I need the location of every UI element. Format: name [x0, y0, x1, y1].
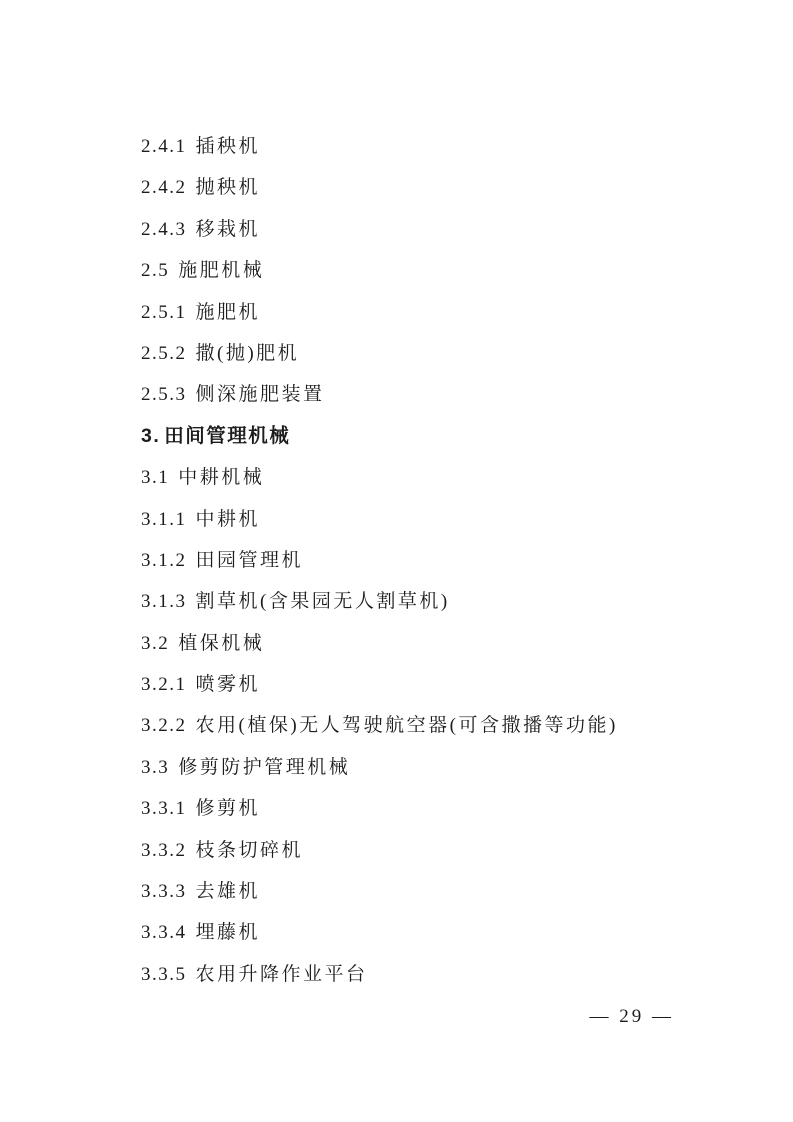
list-item: 2.4.1插秧机 [141, 126, 743, 167]
list-item: 3.2.1喷雾机 [141, 664, 743, 705]
item-number: 3.2.2 [141, 715, 187, 736]
item-label: 中耕机械 [178, 467, 264, 488]
list-item: 2.4.2抛秧机 [141, 167, 743, 208]
item-label: 插秧机 [196, 136, 261, 157]
list-item: 3.3.2枝条切碎机 [141, 830, 743, 871]
item-number: 3.2 [141, 633, 169, 654]
item-label: 喷雾机 [196, 674, 261, 695]
list-item: 2.5.2撒(抛)肥机 [141, 333, 743, 374]
item-number: 2.5.3 [141, 384, 187, 405]
item-number: 3.2.1 [141, 674, 187, 695]
item-label: 农用(植保)无人驾驶航空器(可含撒播等功能) [196, 715, 618, 736]
list-item: 3.3.4埋藤机 [141, 912, 743, 953]
item-number: 3.3.5 [141, 964, 187, 985]
item-label: 去雄机 [196, 881, 261, 902]
item-label: 修剪防护管理机械 [178, 757, 350, 778]
list-item: 3.2.2农用(植保)无人驾驶航空器(可含撒播等功能) [141, 705, 743, 746]
item-label: 植保机械 [178, 633, 264, 654]
item-number: 3. [141, 425, 160, 447]
list-item: 3.3.1修剪机 [141, 788, 743, 829]
item-label: 撒(抛)肥机 [196, 343, 300, 364]
list-item: 3.1.2田园管理机 [141, 540, 743, 581]
list-item: 3.2植保机械 [141, 623, 743, 664]
document-page: 2.4.1插秧机2.4.2抛秧机2.4.3移栽机2.5施肥机械2.5.1施肥机2… [0, 0, 793, 1122]
list-item: 3.1中耕机械 [141, 457, 743, 498]
item-number: 3.1.3 [141, 591, 187, 612]
section-heading: 3.田间管理机械 [141, 416, 743, 457]
item-number: 2.4.1 [141, 136, 187, 157]
item-label: 移栽机 [196, 219, 261, 240]
item-label: 田间管理机械 [164, 425, 290, 447]
item-label: 侧深施肥装置 [196, 384, 325, 405]
item-label: 枝条切碎机 [196, 840, 304, 861]
list-item: 3.1.3割草机(含果园无人割草机) [141, 581, 743, 622]
item-label: 中耕机 [196, 509, 261, 530]
item-number: 3.3.2 [141, 840, 187, 861]
item-number: 3.3 [141, 757, 169, 778]
item-number: 3.3.3 [141, 881, 187, 902]
list-item: 2.4.3移栽机 [141, 209, 743, 250]
item-label: 埋藤机 [196, 922, 261, 943]
item-number: 2.4.2 [141, 177, 187, 198]
list-item: 3.3.5农用升降作业平台 [141, 954, 743, 995]
item-number: 3.3.1 [141, 798, 187, 819]
item-label: 施肥机 [196, 302, 261, 323]
item-label: 割草机(含果园无人割草机) [196, 591, 450, 612]
item-number: 3.1 [141, 467, 169, 488]
item-label: 抛秧机 [196, 177, 261, 198]
item-number: 2.5.1 [141, 302, 187, 323]
list-item: 2.5.1施肥机 [141, 292, 743, 333]
list-item: 2.5施肥机械 [141, 250, 743, 291]
item-label: 修剪机 [196, 798, 261, 819]
list-item: 3.1.1中耕机 [141, 499, 743, 540]
item-number: 2.5.2 [141, 343, 187, 364]
list-item: 3.3.3去雄机 [141, 871, 743, 912]
item-label: 农用升降作业平台 [196, 964, 368, 985]
list-item: 2.5.3侧深施肥装置 [141, 374, 743, 415]
item-label: 施肥机械 [178, 260, 264, 281]
list-item: 3.3修剪防护管理机械 [141, 747, 743, 788]
page-number: — 29 — [590, 1006, 675, 1028]
item-label: 田园管理机 [196, 550, 304, 571]
item-number: 3.3.4 [141, 922, 187, 943]
item-number: 2.4.3 [141, 219, 187, 240]
item-number: 3.1.2 [141, 550, 187, 571]
item-number: 2.5 [141, 260, 169, 281]
item-number: 3.1.1 [141, 509, 187, 530]
machinery-list: 2.4.1插秧机2.4.2抛秧机2.4.3移栽机2.5施肥机械2.5.1施肥机2… [141, 126, 743, 995]
